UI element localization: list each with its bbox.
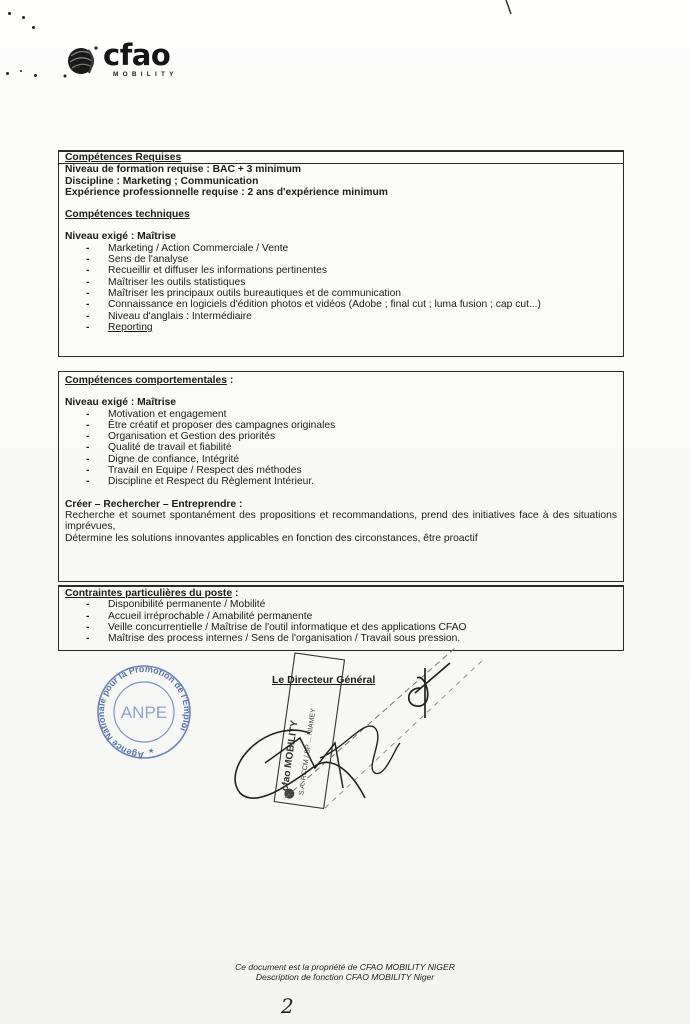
footer-description-line: Description de fonction CFAO MOBILITY Ni…: [0, 972, 690, 982]
list-item: Accueil irréprochable / Amabilité perman…: [65, 611, 617, 622]
svg-text:★: ★: [148, 747, 154, 755]
section-title-behavioral: Compétences comportementales: [65, 375, 227, 386]
section-behavioral-skills: Compétences comportementales : Niveau ex…: [58, 371, 624, 582]
list-item: Organisation et Gestion des priorités: [65, 431, 617, 442]
scan-mark: [505, 0, 513, 16]
section-job-constraints: Contraintes particulières du poste : Dis…: [58, 585, 624, 651]
experience-required: Expérience professionnelle requise : 2 a…: [65, 187, 617, 198]
behavioral-level: Niveau exigé : Maîtrise: [65, 397, 617, 408]
list-item: Discipline et Respect du Règlement Intér…: [65, 476, 617, 487]
scan-speck: [6, 72, 9, 75]
page-number: 2: [281, 994, 294, 1018]
list-item: Reporting: [65, 322, 617, 333]
list-item: Connaissance en logiciels d'édition phot…: [65, 299, 617, 310]
behavioral-skills-list: Motivation et engagement Être créatif et…: [65, 409, 617, 488]
document-footer: Ce document est la propriété de CFAO MOB…: [0, 962, 690, 982]
constraints-list: Disponibilité permanente / Mobilité Accu…: [65, 599, 617, 644]
list-item: Recueillir et diffuser les informations …: [65, 265, 617, 276]
list-item: Motivation et engagement: [65, 409, 617, 420]
section-title-required: Compétences Requises: [65, 152, 181, 163]
create-research-title: Créer – Rechercher – Entreprendre :: [65, 499, 617, 510]
education-level: Niveau de formation requise : BAC + 3 mi…: [65, 164, 617, 175]
list-item: Digne de confiance, Intégrité: [65, 454, 617, 465]
list-item: Maîtrise des process internes / Sens de …: [65, 633, 617, 644]
cfao-company-stamp-and-signature: cfao MOBILITY S.A. RCCM / BP ... NIAMEY: [225, 648, 485, 828]
scan-speck: [32, 26, 35, 29]
svg-text:S.A. RCCM / BP ... NIAMEY: S.A. RCCM / BP ... NIAMEY: [298, 708, 317, 796]
cfao-mobility-logo: cfao MOBILITY: [62, 40, 178, 80]
svg-text:ANPE: ANPE: [121, 703, 167, 722]
logo-brand-text: cfao: [103, 40, 178, 70]
list-item: Marketing / Action Commerciale / Vente: [65, 243, 617, 254]
scan-speck: [20, 70, 22, 72]
list-item: Veille concurrentielle / Maîtrise de l'o…: [65, 622, 617, 633]
logo-subtitle: MOBILITY: [113, 71, 178, 78]
list-item: Qualité de travail et fiabilité: [65, 442, 617, 453]
section-required-skills: Compétences Requises Niveau de formation…: [58, 150, 624, 357]
scan-speck: [22, 16, 25, 19]
technical-skills-list: Marketing / Action Commerciale / Vente S…: [65, 243, 617, 333]
section-title-constraints: Contraintes particulières du poste: [65, 588, 232, 599]
discipline: Discipline : Marketing ; Communication: [65, 176, 617, 187]
create-research-text: Recherche et soumet spontanément des pro…: [65, 510, 617, 533]
scan-speck: [8, 12, 11, 15]
list-item: Maîtriser les outils statistiques: [65, 277, 617, 288]
scan-speck: [34, 74, 37, 77]
list-item: Disponibilité permanente / Mobilité: [65, 599, 617, 610]
list-item: Niveau d'anglais : Intermédiaire: [65, 311, 617, 322]
footer-ownership-line: Ce document est la propriété de CFAO MOB…: [0, 962, 690, 972]
cfao-globe-icon: [62, 42, 100, 80]
technical-level: Niveau exigé : Maîtrise: [65, 231, 617, 242]
section-title-technical: Compétences techniques: [65, 209, 617, 220]
list-item: Maîtriser les principaux outils bureauti…: [65, 288, 617, 299]
create-research-text-2: Détermine les solutions innovantes appli…: [65, 533, 617, 544]
list-item: Être créatif et proposer des campagnes o…: [65, 420, 617, 431]
anpe-stamp: Agence Nationale pour la Promotion de l'…: [90, 660, 198, 760]
list-item: Sens de l'analyse: [65, 254, 617, 265]
list-item: Travail en Equipe / Respect des méthodes: [65, 465, 617, 476]
